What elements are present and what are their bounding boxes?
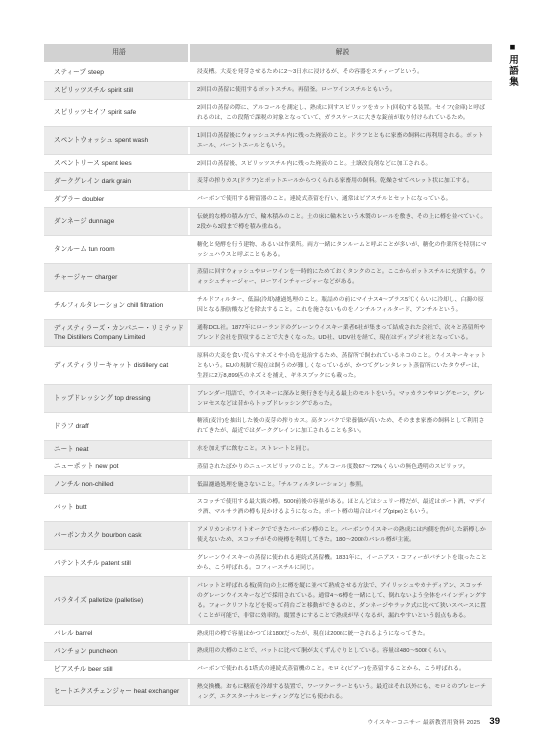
term-english: spent wash bbox=[115, 137, 148, 144]
description-cell: 低温濾過処理を施さないこと。「チルフィルタレーション」参照。 bbox=[188, 476, 492, 493]
glossary-row: ダブラー doublerバーボンで使用する精留器のこと。連続式蒸留を行い、通常は… bbox=[44, 191, 492, 209]
glossary-row: ダークグレイン dark grain麦芽の搾りカス(ドラフ)とポットエールからつ… bbox=[44, 173, 492, 191]
glossary-row: バーボンカスク bourbon caskアメリカンホワイトオークでできたバーボン… bbox=[44, 522, 492, 550]
term-cell: スペントウォッシュ spent wash bbox=[44, 133, 188, 148]
description-cell: 浸麦槽。大麦を発芽させるために2〜3日水に浸けるが、その容器をスティープという。 bbox=[188, 64, 492, 81]
term-cell: スティープ steep bbox=[44, 65, 188, 80]
term-english: spirit safe bbox=[108, 109, 136, 116]
description-text: 原料の大麦を食い荒らすネズミや小鳥を退治するため、蒸留所で飼われているネコのこと… bbox=[197, 351, 488, 381]
description-text: グレーンウイスキーの蒸留に使われる連続式蒸留機。1831年に、イーニアス・コフィ… bbox=[197, 553, 488, 573]
description-text: アメリカンホワイトオークでできたバーボン樽のこと。バーボンウイスキーの熟成には内… bbox=[197, 525, 488, 545]
glossary-row: スペントリース spent lees2回目の蒸留後、スピリッツスチル内に残った廃… bbox=[44, 155, 492, 173]
term-japanese: ニート bbox=[54, 446, 74, 453]
term-english: tun room bbox=[89, 246, 115, 253]
term-japanese: スティープ bbox=[54, 69, 86, 76]
glossary-rows: スティープ steep浸麦槽。大麦を発芽させるために2〜3日水に浸けるが、その容… bbox=[44, 64, 492, 706]
term-japanese: ダークグレイン bbox=[54, 178, 100, 185]
term-cell: ノンチル non-chilled bbox=[44, 477, 188, 492]
term-japanese: パンチョン bbox=[54, 648, 87, 655]
term-cell: ニューポット new pot bbox=[44, 459, 188, 474]
glossary-row: バット buttスコッチで使用する最大級の樽。500ℓ前後の容量がある。ほとんど… bbox=[44, 494, 492, 522]
description-cell: 2回目の蒸留後、スピリッツスチル内に残った廃液のこと。土壌改良剤などに加工される… bbox=[188, 155, 492, 172]
description-text: 水を加えずに飲むこと。ストレートと同じ。 bbox=[197, 444, 488, 454]
term-japanese: トップドレッシング bbox=[54, 395, 113, 402]
description-text: 熱交換機。おもに糖液を冷却する装置で、ワーツクーラーともいう。最近はそれ以外にも… bbox=[197, 682, 488, 702]
term-english: doubler bbox=[82, 196, 104, 203]
glossary-row: スピリッツスチル spirit still2回目の蒸留に使用するポットスチル。再… bbox=[44, 82, 492, 100]
term-english: draff bbox=[76, 423, 89, 430]
term-cell: パラタイズ palletize (palletise) bbox=[44, 593, 188, 608]
glossary-row: ディスティラーズ・カンパニー・リミテッド The Distillers Comp… bbox=[44, 320, 492, 348]
glossary-row: タンルーム tun room糖化と発酵を行う建物、あるいは作業所。両方一緒にタン… bbox=[44, 236, 492, 264]
term-cell: ニート neat bbox=[44, 442, 188, 457]
description-cell: 熱交換機。おもに糖液を冷却する装置で、ワーツクーラーともいう。最近はそれ以外にも… bbox=[188, 679, 492, 706]
term-cell: ダンネージ dunnage bbox=[44, 214, 188, 229]
term-english: heat exchanger bbox=[134, 688, 179, 695]
term-japanese: ドラフ bbox=[54, 423, 74, 430]
term-japanese: チルフィルタレーション bbox=[54, 302, 125, 309]
description-text: 熟成用の樽で容量はかつては180ℓだったが、現在は200ℓに統一されるようになっ… bbox=[197, 629, 488, 639]
term-english: new pot bbox=[95, 463, 118, 470]
term-english: neat bbox=[76, 446, 89, 453]
description-cell: パレットと呼ばれる板(荷台)の上に樽を縦に並べて熟成させる方法で、アイリッシュや… bbox=[188, 577, 492, 624]
term-cell: ビアスチル beer still bbox=[44, 662, 188, 677]
glossary-row: パラタイズ palletize (palletise)パレットと呼ばれる板(荷台… bbox=[44, 577, 492, 625]
term-cell: スピリッツスチル spirit still bbox=[44, 83, 188, 98]
description-text: バーボンで使われる1塔式の連続式蒸留機のこと。モロミ(ビアー)を蒸留することから… bbox=[197, 664, 488, 674]
term-english: bourbon cask bbox=[102, 532, 142, 539]
glossary-row: スペントウォッシュ spent wash1回目の蒸留後にウォッシュスチル内に残っ… bbox=[44, 127, 492, 155]
glossary-row: チルフィルタレーション chill filtrationチルドフィルター、低温(… bbox=[44, 292, 492, 320]
term-cell: チルフィルタレーション chill filtration bbox=[44, 298, 188, 313]
term-japanese: パテントスチル bbox=[54, 560, 99, 567]
term-japanese: スペントウォッシュ bbox=[54, 137, 113, 144]
description-column-header: 解説 bbox=[188, 44, 492, 62]
description-text: 2回目の蒸留後、スピリッツスチル内に残った廃液のこと。土壌改良剤などに加工される… bbox=[197, 159, 488, 169]
glossary-row: チャージャー charger蒸留に回すウォッシュやローワインを一時的にためておく… bbox=[44, 264, 492, 292]
glossary-row: ダンネージ dunnage伝統的な樽の積み方で、輪木積みのこと。土の床に輪木とい… bbox=[44, 208, 492, 236]
term-japanese: バット bbox=[54, 504, 74, 511]
glossary-row: ニューポット new pot蒸留されたばかりのニュースピリッツのこと。アルコール… bbox=[44, 459, 492, 477]
glossary-row: スピリッツセイフ spirit safe2回目の蒸留の際に、アルコールを測定し、… bbox=[44, 100, 492, 128]
description-cell: ブレンダー用語で、ウイスキーに深みと奥行きを与える最上のモルトをいう。マッカラン… bbox=[188, 385, 492, 412]
term-english: butt bbox=[76, 504, 87, 511]
footer-source-text: ウイスキーコニサー 最新教習用資料 2025 bbox=[367, 717, 480, 726]
term-japanese: タンルーム bbox=[54, 246, 87, 253]
term-column-header: 用語 bbox=[44, 44, 188, 62]
term-english: barrel bbox=[75, 630, 92, 637]
term-japanese: バレル bbox=[54, 630, 74, 637]
term-english: dunnage bbox=[89, 218, 115, 225]
description-cell: 糖液(麦汁)を抽出した後の麦芽の搾りカス。高タンパクで栄養価が高いため、そのまま… bbox=[188, 413, 492, 440]
description-cell: 2回目の蒸留の際に、アルコールを測定し、熟成に回すスピリッツをカット(回収)する… bbox=[188, 100, 492, 127]
description-cell: 1回目の蒸留後にウォッシュスチル内に残った廃液のこと。ドラフとともに家畜の飼料に… bbox=[188, 127, 492, 154]
description-text: 蒸留されたばかりのニュースピリッツのこと。アルコール度数67〜72%くらいの無色… bbox=[197, 462, 488, 472]
term-cell: パンチョン puncheon bbox=[44, 644, 188, 659]
description-cell: 水を加えずに飲むこと。ストレートと同じ。 bbox=[188, 441, 492, 458]
term-japanese: ダブラー bbox=[54, 196, 80, 203]
term-english: puncheon bbox=[89, 648, 118, 655]
description-text: スコッチで使用する最大級の樽。500ℓ前後の容量がある。ほとんどはシェリー樽だが… bbox=[197, 497, 488, 517]
term-cell: スペントリース spent lees bbox=[44, 156, 188, 171]
term-cell: スピリッツセイフ spirit safe bbox=[44, 105, 188, 120]
description-text: ブレンダー用語で、ウイスキーに深みと奥行きを与える最上のモルトをいう。マッカラン… bbox=[197, 389, 488, 409]
glossary-row: バレル barrel熟成用の樽で容量はかつては180ℓだったが、現在は200ℓに… bbox=[44, 625, 492, 643]
description-cell: 麦芽の搾りカス(ドラフ)とポットエールからつくられる家畜用の飼料。乾燥させてペレ… bbox=[188, 173, 492, 190]
term-japanese: チャージャー bbox=[54, 274, 93, 281]
description-text: バーボンで使用する精留器のこと。連続式蒸留を行い、通常はビアスチルとセットになっ… bbox=[197, 194, 488, 204]
description-text: 糖化と発酵を行う建物、あるいは作業所。両方一緒にタンルームと呼ぶことが多いが、糖… bbox=[197, 240, 488, 260]
term-japanese: ディスティラーズ・カンパニー・リミテッド bbox=[54, 325, 184, 332]
term-japanese: ニューポット bbox=[54, 463, 94, 470]
term-japanese: スピリッツスチル bbox=[54, 87, 106, 94]
description-cell: アメリカンホワイトオークでできたバーボン樽のこと。バーボンウイスキーの熟成には内… bbox=[188, 522, 492, 549]
term-english: beer still bbox=[88, 666, 113, 673]
term-japanese: バーボンカスク bbox=[54, 532, 100, 539]
term-japanese: ヒートエクスチェンジャー bbox=[54, 688, 132, 695]
description-cell: バーボンで使われる1塔式の連続式蒸留機のこと。モロミ(ビアー)を蒸留することから… bbox=[188, 661, 492, 678]
description-text: 蒸留に回すウォッシュやローワインを一時的にためておくタンクのこと。ここからポット… bbox=[197, 267, 488, 287]
term-japanese: スペントリース bbox=[54, 160, 100, 167]
table-header-row: 用語 解説 bbox=[44, 44, 492, 64]
description-text: 麦芽の搾りカス(ドラフ)とポットエールからつくられる家畜用の飼料。乾燥させてペレ… bbox=[197, 176, 488, 186]
term-cell: ドラフ draff bbox=[44, 419, 188, 434]
term-english: spent lees bbox=[102, 160, 132, 167]
description-text: 低温濾過処理を施さないこと。「チルフィルタレーション」参照。 bbox=[197, 480, 488, 490]
description-text: 熟成用の大樽のことで、バットに比べて胴が太くずんぐりとしている。容量は480〜5… bbox=[197, 646, 488, 656]
term-japanese: ディスティラリーキャット bbox=[54, 362, 132, 369]
description-cell: 熟成用の大樽のことで、バットに比べて胴が太くずんぐりとしている。容量は480〜5… bbox=[188, 643, 492, 660]
description-text: 2回目の蒸留の際に、アルコールを測定し、熟成に回すスピリッツをカット(回収)する… bbox=[197, 103, 488, 123]
description-text: 通称DCL社。1877年にローランドのグレーンウイスキー業者6社が集まって結成さ… bbox=[197, 323, 488, 343]
term-english: dark grain bbox=[102, 178, 131, 185]
description-cell: グレーンウイスキーの蒸留に使われる連続式蒸留機。1831年に、イーニアス・コフィ… bbox=[188, 550, 492, 577]
description-cell: 蒸留に回すウォッシュやローワインを一時的にためておくタンクのこと。ここからポット… bbox=[188, 264, 492, 291]
glossary-row: パテントスチル patent stillグレーンウイスキーの蒸留に使われる連続式… bbox=[44, 550, 492, 578]
term-japanese: パラタイズ bbox=[54, 597, 87, 604]
term-cell: ディスティラリーキャット distillery cat bbox=[44, 358, 188, 373]
term-english: charger bbox=[95, 274, 117, 281]
glossary-row: ディスティラリーキャット distillery cat原料の大麦を食い荒らすネズ… bbox=[44, 347, 492, 385]
term-english: chill filtration bbox=[127, 302, 163, 309]
term-japanese: ビアスチル bbox=[54, 666, 86, 673]
description-cell: スコッチで使用する最大級の樽。500ℓ前後の容量がある。ほとんどはシェリー樽だが… bbox=[188, 494, 492, 521]
description-text: パレットと呼ばれる板(荷台)の上に樽を縦に並べて熟成させる方法で、アイリッシュや… bbox=[197, 581, 488, 621]
description-cell: 糖化と発酵を行う建物、あるいは作業所。両方一緒にタンルームと呼ぶことが多いが、糖… bbox=[188, 236, 492, 263]
glossary-row: パンチョン puncheon熟成用の大樽のことで、バットに比べて胴が太くずんぐり… bbox=[44, 643, 492, 661]
term-english: non-chilled bbox=[82, 481, 114, 488]
description-cell: チルドフィルター、低温(冷却)濾過処理のこと。瓶詰めの前にマイナス4〜プラス5℃… bbox=[188, 292, 492, 319]
description-text: 2回目の蒸留に使用するポットスチル。再留釜。ローワインスチルともいう。 bbox=[197, 85, 488, 95]
term-japanese: ダンネージ bbox=[54, 218, 87, 225]
glossary-row: ノンチル non-chilled低温濾過処理を施さないこと。「チルフィルタレーシ… bbox=[44, 476, 492, 494]
term-english: steep bbox=[88, 69, 104, 76]
term-english: patent still bbox=[101, 560, 131, 567]
description-cell: 蒸留されたばかりのニュースピリッツのこと。アルコール度数67〜72%くらいの無色… bbox=[188, 459, 492, 476]
description-cell: 伝統的な樽の積み方で、輪木積みのこと。土の床に輪木という木製のレールを敷き、その… bbox=[188, 208, 492, 235]
description-text: 伝統的な樽の積み方で、輪木積みのこと。土の床に輪木という木製のレールを敷き、その… bbox=[197, 212, 488, 232]
term-japanese: ノンチル bbox=[54, 481, 80, 488]
glossary-row: ヒートエクスチェンジャー heat exchanger熱交換機。おもに糖液を冷却… bbox=[44, 679, 492, 707]
term-cell: ヒートエクスチェンジャー heat exchanger bbox=[44, 684, 188, 699]
glossary-row: ビアスチル beer stillバーボンで使われる1塔式の連続式蒸留機のこと。モ… bbox=[44, 661, 492, 679]
term-cell: バーボンカスク bourbon cask bbox=[44, 528, 188, 543]
description-cell: バーボンで使用する精留器のこと。連続式蒸留を行い、通常はビアスチルとセットになっ… bbox=[188, 191, 492, 208]
section-tab-glossary: ■用語集 bbox=[505, 42, 519, 88]
glossary-row: スティープ steep浸麦槽。大麦を発芽させるために2〜3日水に浸けるが、その容… bbox=[44, 64, 492, 82]
term-cell: バット butt bbox=[44, 500, 188, 515]
term-cell: パテントスチル patent still bbox=[44, 556, 188, 571]
term-cell: バレル barrel bbox=[44, 626, 188, 641]
term-cell: ディスティラーズ・カンパニー・リミテッド The Distillers Comp… bbox=[44, 321, 188, 345]
glossary-table: 用語 解説 スティープ steep浸麦槽。大麦を発芽させるために2〜3日水に浸け… bbox=[44, 44, 492, 706]
term-cell: タンルーム tun room bbox=[44, 242, 188, 257]
term-cell: チャージャー charger bbox=[44, 270, 188, 285]
term-japanese: スピリッツセイフ bbox=[54, 109, 106, 116]
term-english: palletize (palletise) bbox=[89, 597, 144, 604]
term-cell: ダブラー doubler bbox=[44, 192, 188, 207]
term-english: top dressing bbox=[115, 395, 151, 402]
description-cell: 通称DCL社。1877年にローランドのグレーンウイスキー業者6社が集まって結成さ… bbox=[188, 320, 492, 347]
glossary-row: ニート neat水を加えずに飲むこと。ストレートと同じ。 bbox=[44, 441, 492, 459]
term-english: The Distillers Company Limited bbox=[54, 334, 145, 341]
term-cell: ダークグレイン dark grain bbox=[44, 174, 188, 189]
term-english: distillery cat bbox=[134, 362, 168, 369]
description-cell: 2回目の蒸留に使用するポットスチル。再留釜。ローワインスチルともいう。 bbox=[188, 82, 492, 99]
term-english: spirit still bbox=[108, 87, 133, 94]
term-cell: トップドレッシング top dressing bbox=[44, 391, 188, 406]
description-text: 浸麦槽。大麦を発芽させるために2〜3日水に浸けるが、その容器をスティープという。 bbox=[197, 67, 488, 77]
page-number: 39 bbox=[489, 716, 500, 727]
glossary-row: ドラフ draff糖液(麦汁)を抽出した後の麦芽の搾りカス。高タンパクで栄養価が… bbox=[44, 413, 492, 441]
description-text: 1回目の蒸留後にウォッシュスチル内に残った廃液のこと。ドラフとともに家畜の飼料に… bbox=[197, 131, 488, 151]
description-cell: 原料の大麦を食い荒らすネズミや小鳥を退治するため、蒸留所で飼われているネコのこと… bbox=[188, 347, 492, 384]
description-text: 糖液(麦汁)を抽出した後の麦芽の搾りカス。高タンパクで栄養価が高いため、そのまま… bbox=[197, 416, 488, 436]
glossary-row: トップドレッシング top dressingブレンダー用語で、ウイスキーに深みと… bbox=[44, 385, 492, 413]
description-text: チルドフィルター、低温(冷却)濾過処理のこと。瓶詰めの前にマイナス4〜プラス5℃… bbox=[197, 295, 488, 315]
description-cell: 熟成用の樽で容量はかつては180ℓだったが、現在は200ℓに統一されるようになっ… bbox=[188, 625, 492, 642]
glossary-page: ■用語集 用語 解説 スティープ steep浸麦槽。大麦を発芽させるために2〜3… bbox=[0, 0, 536, 752]
page-footer: ウイスキーコニサー 最新教習用資料 2025 39 bbox=[367, 716, 500, 727]
